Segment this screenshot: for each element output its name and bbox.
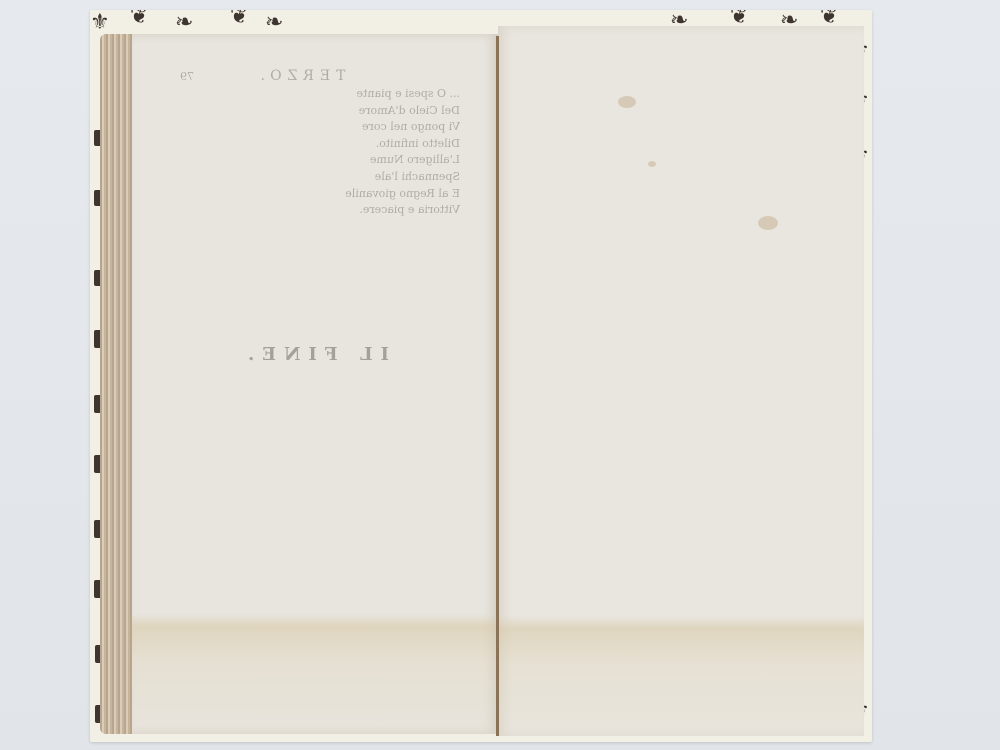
scroll-motif-icon: ❧: [175, 12, 193, 34]
right-page: [498, 26, 864, 736]
show-through-verse: ... O spesi e piante Del Cielo d'Amore V…: [270, 86, 460, 219]
verse-line: Vi pongo nel core: [270, 119, 460, 136]
scroll-motif-icon: ❧: [265, 12, 283, 34]
foxing-spot: [618, 96, 636, 108]
water-stain: [498, 616, 864, 736]
show-through-page-number: 79: [180, 70, 194, 83]
show-through-heading: TERZO.: [205, 68, 395, 84]
verse-line: Vittoria e piacere.: [270, 202, 460, 219]
book-gutter: [496, 36, 499, 736]
verse-line: Diletto infinito.: [270, 136, 460, 153]
verse-line: E al Regno giovanile: [270, 186, 460, 203]
verse-line: Spennachi l'ale: [270, 169, 460, 186]
foxing-spot: [758, 216, 778, 230]
scroll-motif-icon: ❦: [130, 10, 148, 28]
verse-line: ... O spesi e piante: [270, 86, 460, 103]
verse-line: L'alligero Nume: [270, 152, 460, 169]
foxing-spot: [648, 161, 656, 167]
show-through-ending: IL FINE.: [240, 344, 389, 365]
verse-line: Del Cielo d'Amore: [270, 103, 460, 120]
scroll-motif-icon: ❦: [230, 10, 248, 28]
water-stain: [132, 614, 498, 734]
